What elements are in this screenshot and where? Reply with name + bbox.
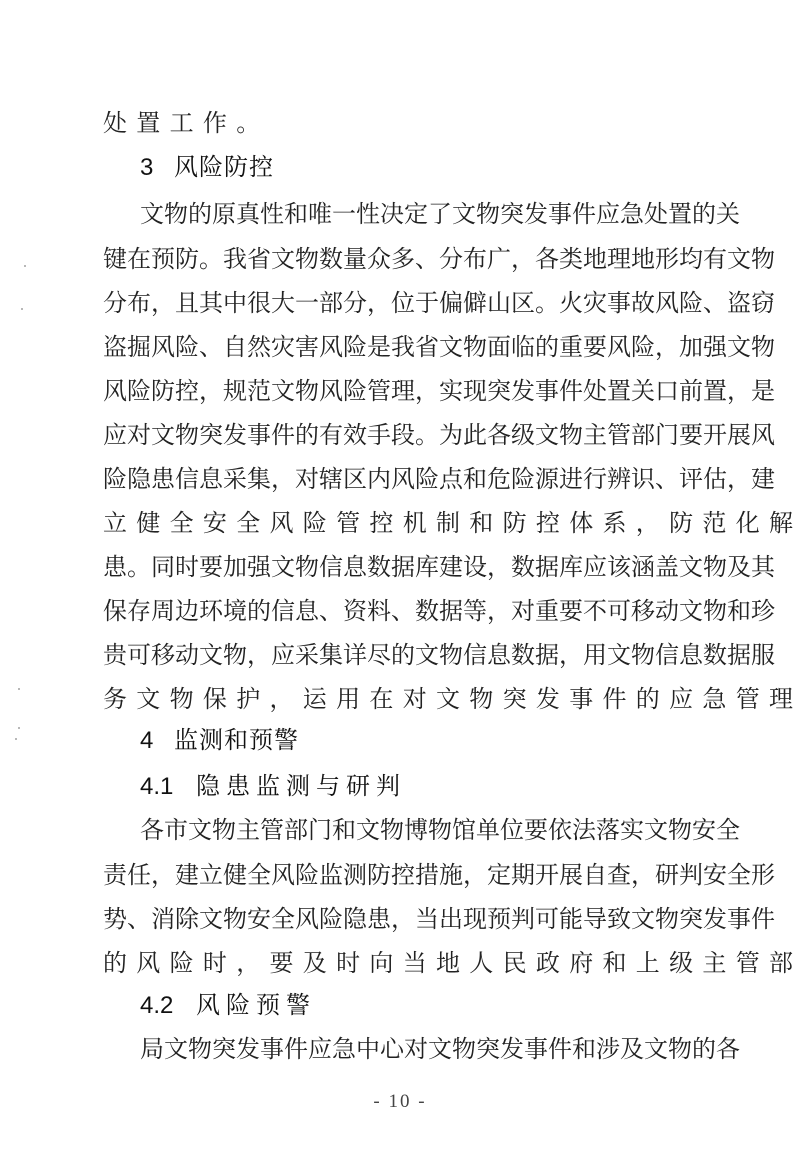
subsection-heading-4-1: 4.1隐患监测与研判: [140, 768, 406, 804]
section-heading-4: 4监测和预警: [140, 722, 299, 758]
section-title: 监测和预警: [174, 726, 299, 754]
body-text-line: 盗掘风险、自然灾害风险是我省文物面临的重要风险，加强文物: [103, 329, 703, 365]
page-number: - 10 -: [0, 1091, 800, 1113]
body-text-line: 应对文物突发事件的有效手段。为此各级文物主管部门要开展风: [103, 417, 703, 453]
subsection-number: 4.2: [140, 988, 196, 1024]
body-text-line: 险隐患信息采集，对辖区内风险点和危险源进行辨识、评估，建: [103, 461, 703, 497]
section-number: 4: [140, 723, 174, 759]
body-text-line: 局文物突发事件应急中心对文物突发事件和涉及文物的各: [140, 1031, 705, 1067]
body-text-line: 各市文物主管部门和文物博物馆单位要依法落实文物安全: [140, 812, 705, 848]
section-heading-3: 3风险防控: [140, 149, 274, 185]
body-text-line: 保存周边环境的信息、资料、数据等，对重要不可移动文物和珍: [103, 593, 703, 629]
body-text-line: 立健全安全风险管控机制和防控体系，防范化解安全风险和隐: [103, 505, 703, 541]
document-page: 处置工作。 3风险防控 文物的原真性和唯一性决定了文物突发事件应急处置的关 键在…: [0, 0, 800, 1158]
scan-artifact: [24, 265, 26, 267]
section-number: 3: [140, 150, 174, 186]
scan-artifact: [18, 688, 20, 690]
body-text-line: 风险防控，规范文物风险管理，实现突发事件处置关口前置，是: [103, 373, 703, 409]
body-text-line: 处置工作。: [103, 105, 703, 141]
scan-artifact: [21, 308, 23, 310]
body-text-line: 责任，建立健全风险监测防控措施，定期开展自查，研判安全形: [103, 857, 703, 893]
body-text-line: 患。同时要加强文物信息数据库建设，数据库应该涵盖文物及其: [103, 549, 703, 585]
body-text-line: 贵可移动文物，应采集详尽的文物信息数据，用文物信息数据服: [103, 637, 703, 673]
body-text-line: 势、消除文物安全风险隐患，当出现预判可能导致文物突发事件: [103, 901, 703, 937]
subsection-number: 4.1: [140, 769, 196, 805]
subsection-heading-4-2: 4.2风险预警: [140, 987, 316, 1023]
subsection-title: 风险预警: [196, 991, 316, 1019]
scan-artifact: [15, 738, 17, 740]
body-text-line: 分布，且其中很大一部分，位于偏僻山区。火灾事故风险、盗窃: [103, 285, 703, 321]
body-text-line: 键在预防。我省文物数量众多、分布广，各类地理地形均有文物: [103, 241, 703, 277]
body-text-line: 的风险时，要及时向当地人民政府和上级主管部门报告。: [103, 945, 703, 981]
section-title: 风险防控: [174, 153, 274, 181]
subsection-title: 隐患监测与研判: [196, 772, 406, 800]
body-text-line: 务文物保护，运用在对文物突发事件的应急管理工作中。: [103, 681, 703, 717]
scan-artifact: [18, 727, 20, 729]
body-text-line: 文物的原真性和唯一性决定了文物突发事件应急处置的关: [140, 196, 705, 232]
